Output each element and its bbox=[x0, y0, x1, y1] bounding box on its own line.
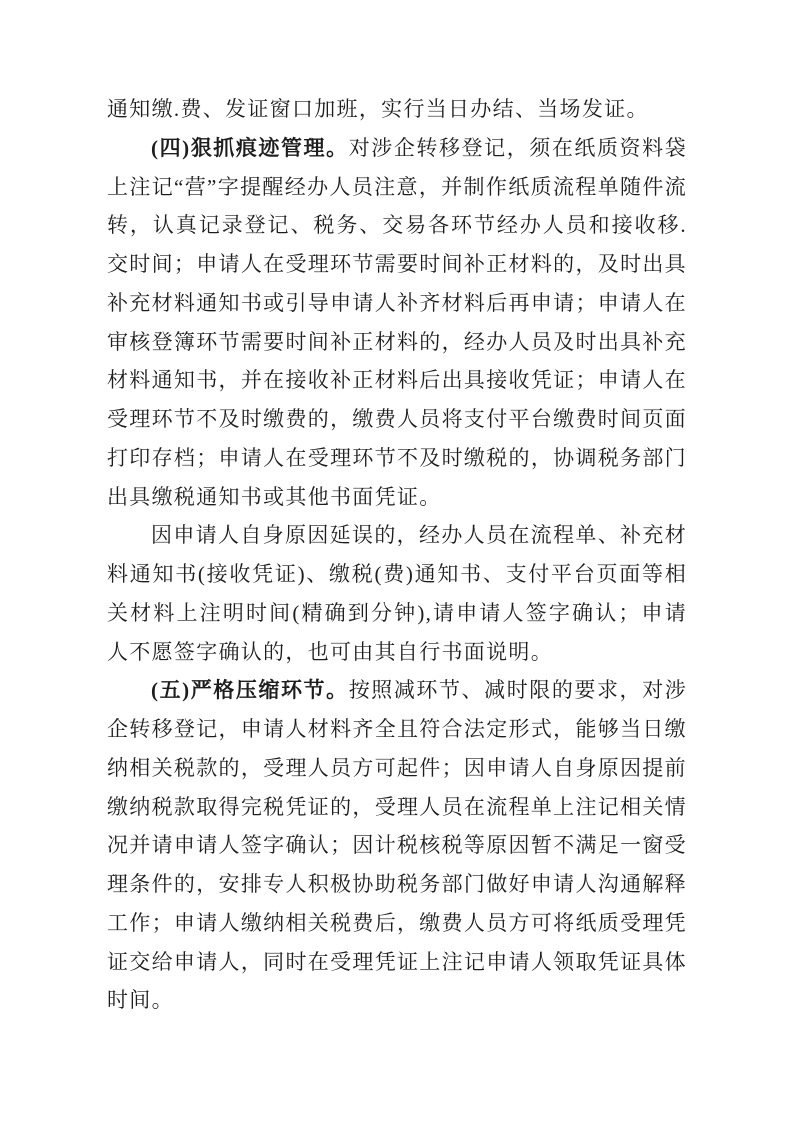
paragraph-text: 因申请人自身原因延误的，经办人员在流程单、补充材料通知书(接收凭证)、缴税(费)… bbox=[107, 523, 687, 663]
paragraph-heading: (四)狠抓痕迹管理。 bbox=[151, 136, 349, 160]
paragraph: 因申请人自身原因延误的，经办人员在流程单、补充材料通知书(接收凭证)、缴税(费)… bbox=[107, 516, 687, 671]
document-body: 通知缴.费、发证窗口加班，实行当日办结、当场发证。(四)狠抓痕迹管理。对涉企转移… bbox=[107, 90, 687, 1020]
paragraph-text: 通知缴.费、发证窗口加班，实行当日办结、当场发证。 bbox=[107, 97, 649, 121]
paragraph: (四)狠抓痕迹管理。对涉企转移登记，须在纸质资料袋上注记“营”字提醒经办人员注意… bbox=[107, 129, 687, 517]
paragraph: 通知缴.费、发证窗口加班，实行当日办结、当场发证。 bbox=[107, 90, 687, 129]
paragraph-text: 按照减环节、减时限的要求，对涉企转移登记，申请人材料齐全且符合法定形式，能够当日… bbox=[107, 678, 687, 1012]
paragraph: (五)严格压缩环节。按照减环节、减时限的要求，对涉企转移登记，申请人材料齐全且符… bbox=[107, 671, 687, 1020]
paragraph-text: 对涉企转移登记，须在纸质资料袋上注记“营”字提醒经办人员注意，并制作纸质流程单随… bbox=[107, 136, 687, 509]
paragraph-heading: (五)严格压缩环节。 bbox=[151, 678, 349, 702]
document-page: 通知缴.费、发证窗口加班，实行当日办结、当场发证。(四)狠抓痕迹管理。对涉企转移… bbox=[0, 0, 793, 1121]
